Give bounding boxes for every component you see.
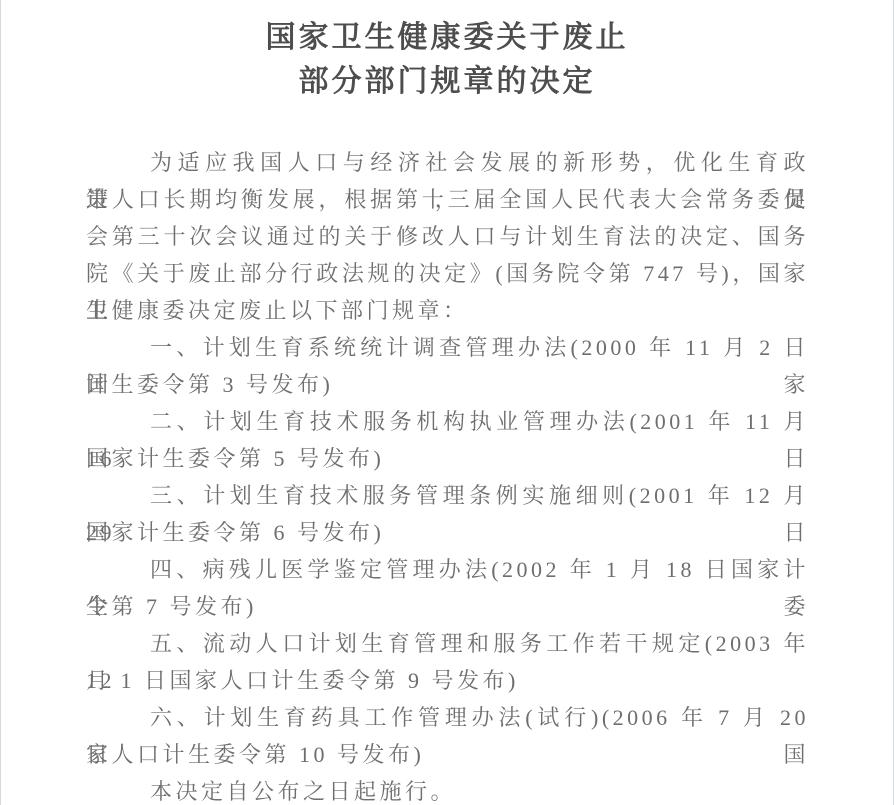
document-line: 会第三十次会议通过的关于修改人口与计划生育法的决定、国务 <box>86 218 809 255</box>
paragraph-item-4: 四、病残儿医学鉴定管理办法(2002 年 1 月 18 日国家计生委 令第 7 … <box>86 551 809 625</box>
document-line: 月 1 日国家人口计生委令第 9 号发布) <box>86 662 809 699</box>
document-title-line-1: 国家卫生健康委关于废止 <box>1 16 893 60</box>
document-line: 本决定自公布之日起施行。 <box>86 773 809 805</box>
document-line: 二、计划生育技术服务机构执业管理办法(2001 年 11 月 16 日 <box>86 403 809 440</box>
paragraph-intro: 为适应我国人口与经济社会发展的新形势，优化生育政策，促 进人口长期均衡发展，根据… <box>86 144 809 329</box>
document-line: 三、计划生育技术服务管理条例实施细则(2001 年 12 月 29 日 <box>86 477 809 514</box>
paragraph-item-1: 一、计划生育系统统计调查管理办法(2000 年 11 月 2 日国家 计生委令第… <box>86 329 809 403</box>
document-line: 为适应我国人口与经济社会发展的新形势，优化生育政策，促 <box>86 144 809 181</box>
document-title: 国家卫生健康委关于废止 部分部门规章的决定 <box>1 16 893 104</box>
paragraph-item-6: 六、计划生育药具工作管理办法(试行)(2006 年 7 月 20 日国 家人口计… <box>86 699 809 773</box>
document-title-line-2: 部分部门规章的决定 <box>1 60 893 104</box>
paragraph-closing: 本决定自公布之日起施行。 <box>86 773 809 805</box>
document-line: 院《关于废止部分行政法规的决定》(国务院令第 747 号)，国家卫 <box>86 255 809 292</box>
document-line: 进人口长期均衡发展，根据第十三届全国人民代表大会常务委员 <box>86 181 809 218</box>
document-line: 四、病残儿医学鉴定管理办法(2002 年 1 月 18 日国家计生委 <box>86 551 809 588</box>
scanned-document-page: 国家卫生健康委关于废止 部分部门规章的决定 为适应我国人口与经济社会发展的新形势… <box>0 0 894 805</box>
document-line: 五、流动人口计划生育管理和服务工作若干规定(2003 年 12 <box>86 625 809 662</box>
document-line: 一、计划生育系统统计调查管理办法(2000 年 11 月 2 日国家 <box>86 329 809 366</box>
document-body: 为适应我国人口与经济社会发展的新形势，优化生育政策，促 进人口长期均衡发展，根据… <box>86 144 809 805</box>
paragraph-item-2: 二、计划生育技术服务机构执业管理办法(2001 年 11 月 16 日 国家计生… <box>86 403 809 477</box>
paragraph-item-5: 五、流动人口计划生育管理和服务工作若干规定(2003 年 12 月 1 日国家人… <box>86 625 809 699</box>
document-line: 六、计划生育药具工作管理办法(试行)(2006 年 7 月 20 日国 <box>86 699 809 736</box>
paragraph-item-3: 三、计划生育技术服务管理条例实施细则(2001 年 12 月 29 日 国家计生… <box>86 477 809 551</box>
document-line: 生健康委决定废止以下部门规章： <box>86 292 809 329</box>
